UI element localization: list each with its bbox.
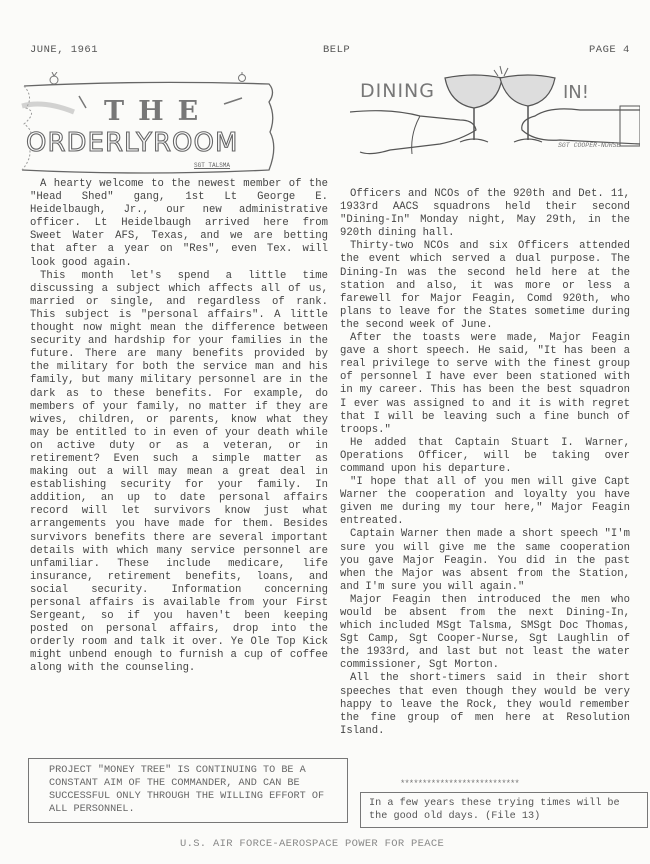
article-paragraph: Thirty-two NCOs and six Officers attende… bbox=[340, 240, 630, 332]
article-paragraph: Officers and NCOs of the 920th and Det. … bbox=[340, 188, 630, 240]
article-paragraph: Major Feagin then introduced the men who… bbox=[340, 594, 630, 673]
article-paragraph: This month let's spend a little time dis… bbox=[30, 270, 328, 676]
artist-signature: SGT COOPER-NURSE bbox=[558, 142, 620, 149]
article-paragraph: After the toasts were made, Major Feagin… bbox=[340, 332, 630, 437]
dining-in-illustration: DINING IN! SGT COOPER-NURSE bbox=[350, 64, 640, 174]
illustration-word-in: IN! bbox=[563, 82, 589, 103]
banner-word: THE bbox=[104, 96, 212, 127]
orderly-room-article: A hearty welcome to the newest member of… bbox=[30, 178, 328, 676]
file-13-quote: In a few years these trying times will b… bbox=[360, 792, 648, 828]
article-paragraph: Captain Warner then made a short speech … bbox=[340, 528, 630, 593]
issue-date: JUNE, 1961 bbox=[30, 44, 98, 56]
illustration-word-dining: DINING bbox=[360, 80, 435, 102]
article-paragraph: A hearty welcome to the newest member of… bbox=[30, 178, 328, 270]
money-tree-notice: PROJECT "MONEY TREE" IS CONTINUING TO BE… bbox=[28, 758, 348, 823]
article-paragraph: He added that Captain Stuart I. Warner, … bbox=[340, 437, 630, 476]
publication-name: BELP bbox=[323, 44, 350, 56]
page-number: PAGE 4 bbox=[589, 44, 630, 56]
orderly-room-banner: THE ORDERLYROOM SGT TALSMA bbox=[14, 72, 279, 176]
article-paragraph: "I hope that all of you men will give Ca… bbox=[340, 476, 630, 528]
footer-slogan: U.S. AIR FORCE-AEROSPACE POWER FOR PEACE bbox=[180, 838, 444, 850]
artist-signature: SGT TALSMA bbox=[194, 162, 230, 169]
article-paragraph: All the short-timers said in their short… bbox=[340, 672, 630, 737]
dining-in-article: Officers and NCOs of the 920th and Det. … bbox=[340, 188, 630, 738]
separator-line: *************************** bbox=[400, 779, 519, 789]
column-title: ORDERLYROOM bbox=[26, 128, 238, 158]
